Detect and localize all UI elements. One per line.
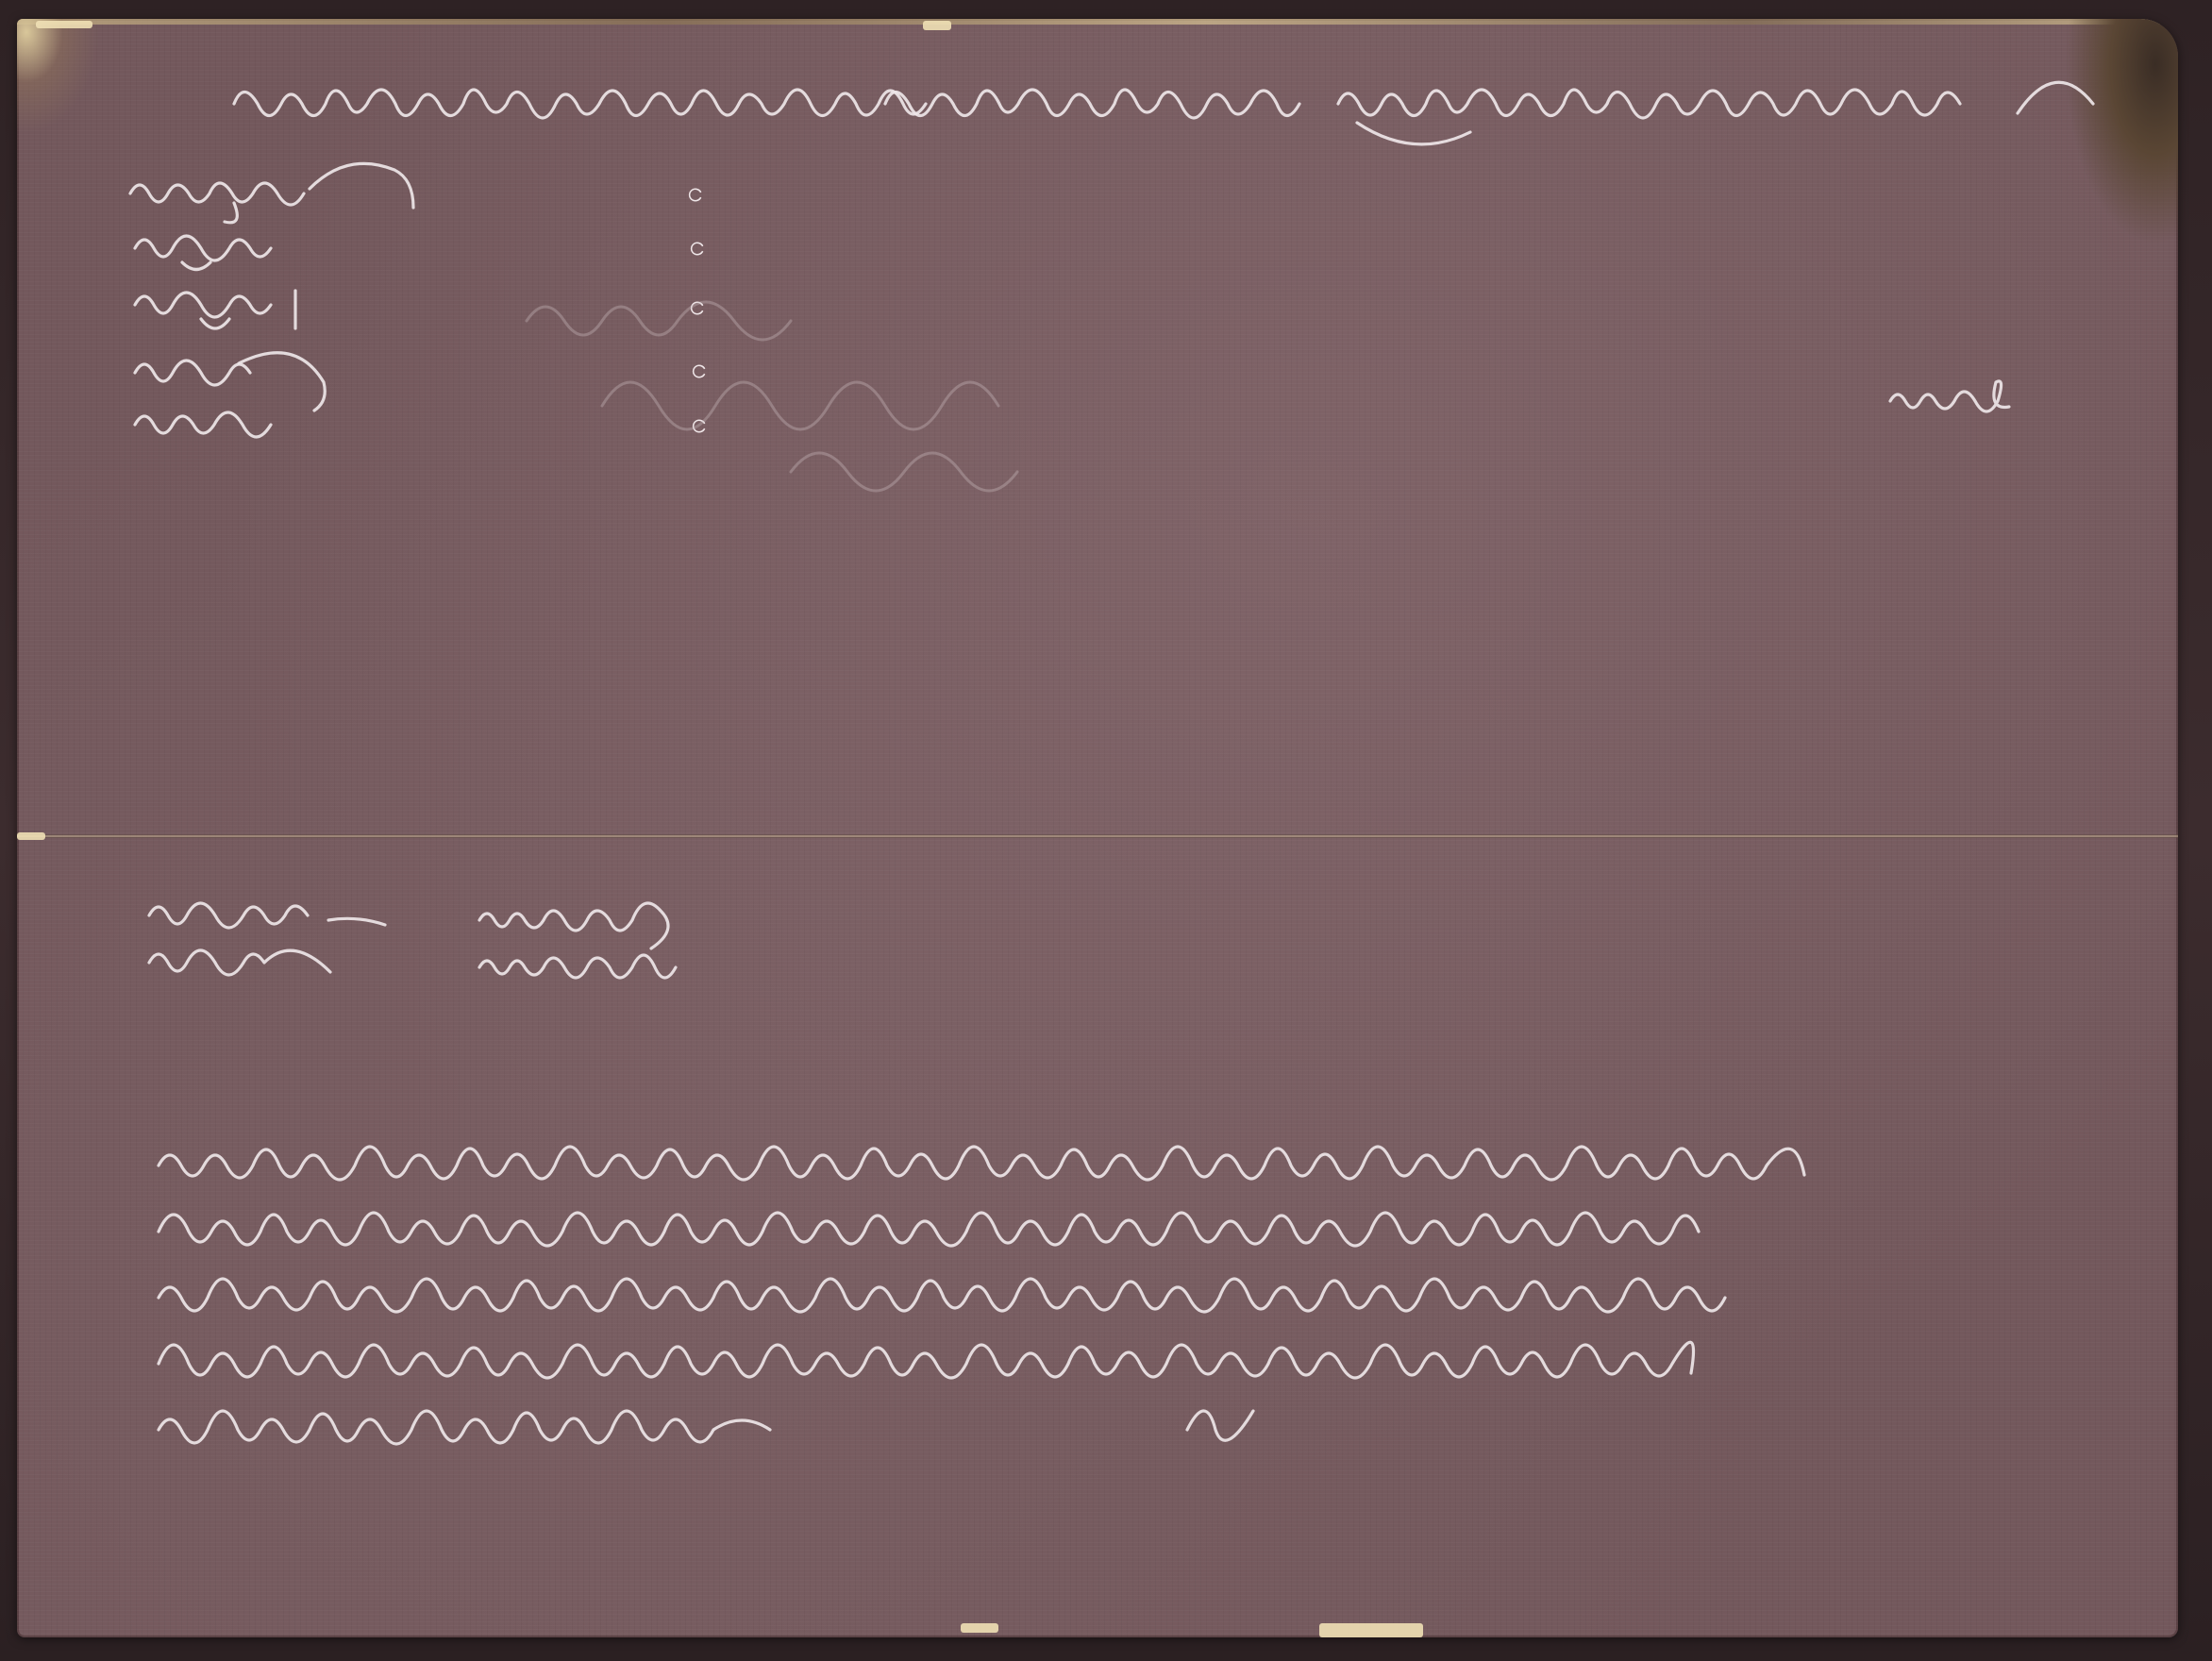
- side-word-script: [1881, 373, 2032, 429]
- paragraph-script: [149, 1128, 2150, 1486]
- worn-corner-top-left: [17, 19, 111, 151]
- worn-top-edge: [17, 19, 2178, 25]
- row-script: [140, 930, 819, 1005]
- list-item-script: [126, 392, 314, 448]
- list-item-script: [126, 272, 333, 343]
- count-numeral: ၁: [687, 175, 703, 217]
- ghost-script: [508, 264, 1451, 510]
- fold-crease: [17, 834, 2178, 838]
- manuscript-sheet: Burmese cursive heading line (untranscri…: [17, 19, 2178, 1637]
- heading-script: [225, 57, 2112, 142]
- paper-chip: [36, 21, 92, 28]
- paper-chip: [961, 1623, 998, 1633]
- paper-chip: [1319, 1623, 1423, 1637]
- paper-chip: [923, 21, 951, 30]
- paper-chip: [17, 832, 45, 840]
